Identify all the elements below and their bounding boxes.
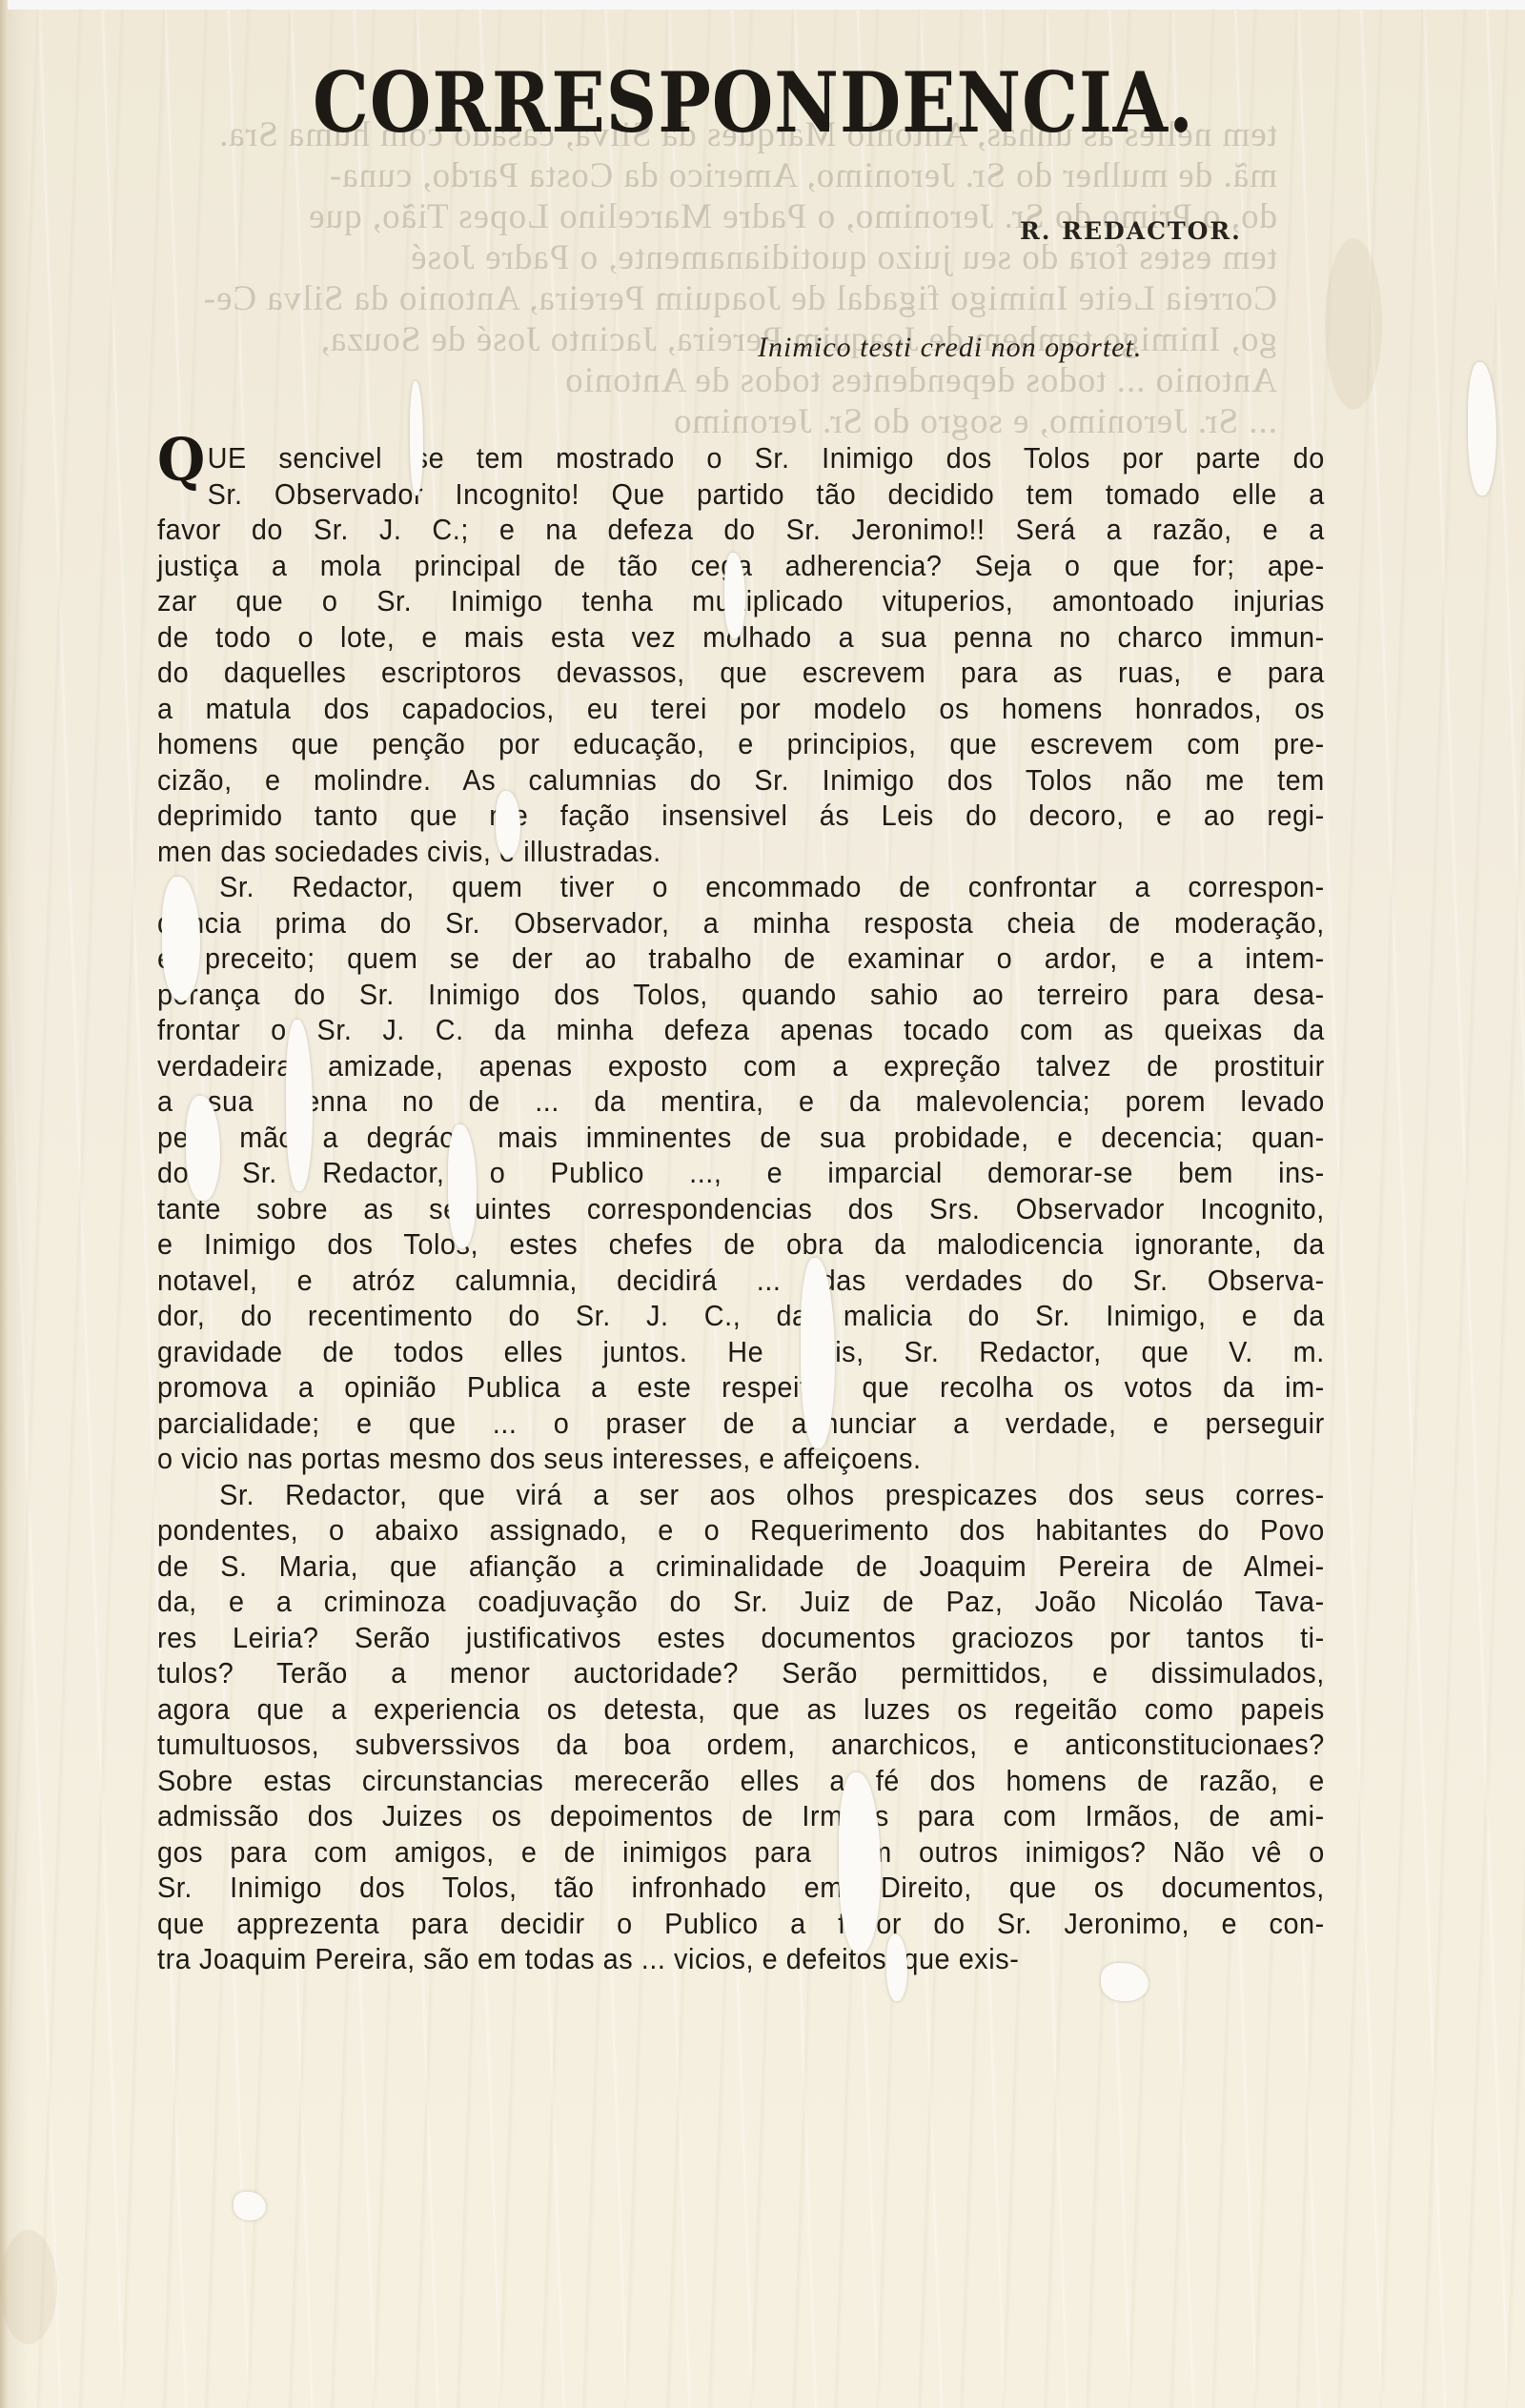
- text-line: admissão dos Juizes os depoimentos de Ir…: [157, 1798, 1325, 1834]
- text-line: tulos? Terão a menor auctoridade? Serão …: [157, 1655, 1325, 1691]
- text-line: parcialidade; e que ... o praser de annu…: [157, 1406, 1325, 1442]
- text-line: do, Sr. Redactor, o Publico ..., e impar…: [157, 1155, 1325, 1191]
- bleed-line: Correia Leite Inimigo figadal de Joaquim…: [105, 278, 1277, 319]
- line-text: UE sencivel se tem mostrado o Sr. Inimig…: [208, 441, 1325, 475]
- text-line: deprimido tanto que me fação insensivel …: [157, 798, 1325, 834]
- text-line: gos para com amigos, e de inimigos para …: [157, 1834, 1325, 1871]
- text-line: pela mão a degráos mais imminentes de su…: [157, 1120, 1325, 1156]
- paper-stain: [0, 2230, 57, 2344]
- text-line: tumultuosos, subverssivos da boa ordem, …: [157, 1727, 1325, 1763]
- text-line: Sr. Inimigo dos Tolos, tão infronhado em…: [157, 1870, 1325, 1906]
- text-line: do daquelles escriptoros devassos, que e…: [157, 655, 1325, 691]
- text-line: QUE sencivel se tem mostrado o Sr. Inimi…: [157, 440, 1325, 476]
- text-line: perança do Sr. Inimigo dos Tolos, quando…: [157, 977, 1325, 1013]
- text-line: cizão, e molindre. As calumnias do Sr. I…: [157, 762, 1325, 799]
- paragraph-1: QUE sencivel se tem mostrado o Sr. Inimi…: [157, 440, 1325, 869]
- text-line: a matula dos capadocios, eu terei por mo…: [157, 691, 1325, 727]
- text-line: o vicio nas portas mesmo dos seus intere…: [157, 1441, 1325, 1477]
- text-line: agora que a experiencia os detesta, que …: [157, 1691, 1325, 1728]
- paragraph-3: Sr. Redactor, que virá a ser aos olhos p…: [157, 1477, 1325, 1977]
- text-line: frontar o Sr. J. C. da minha defeza apen…: [157, 1012, 1325, 1048]
- text-line: gravidade de todos elles juntos. He pois…: [157, 1334, 1325, 1370]
- text-line: notavel, e atróz calumnia, decidirá ... …: [157, 1263, 1325, 1299]
- text-line: res Leiria? Serão justificativos estes d…: [157, 1620, 1325, 1656]
- scanned-page: tem nelles as unhas, Antonio Marques da …: [0, 0, 1525, 2408]
- bleed-through-text: tem nelles as unhas, Antonio Marques da …: [105, 114, 1277, 442]
- text-line: promova a opinião Publica a este respeit…: [157, 1369, 1325, 1406]
- text-line: dor, do recentimento do Sr. J. C., da ma…: [157, 1298, 1325, 1334]
- text-line: homens que penção por educação, e princi…: [157, 726, 1325, 762]
- text-line: tra Joaquim Pereira, são em todas as ...…: [157, 1941, 1325, 1977]
- salutation: R. REDACTOR.: [1020, 217, 1242, 245]
- bleed-line: Antonio ... todos dependentes todos de A…: [105, 360, 1277, 401]
- text-line: tante sobre as seguintes correspondencia…: [157, 1191, 1325, 1227]
- epigraph: Inimico testi credi non oportet.: [758, 332, 1142, 364]
- text-line: Sobre estas circunstancias merecerão ell…: [157, 1763, 1325, 1799]
- text-line: e Inimigo dos Tolos, estes chefes de obr…: [157, 1226, 1325, 1263]
- text-line: e preceito; quem se der ao trabalho de e…: [157, 941, 1325, 977]
- text-line: verdadeira amizade, apenas exposto com a…: [157, 1048, 1325, 1084]
- text-line: que apprezenta para decidir o Publico a …: [157, 1906, 1325, 1942]
- article-body: QUE sencivel se tem mostrado o Sr. Inimi…: [157, 440, 1325, 1977]
- page-left-edge: [0, 0, 8, 2408]
- text-line: favor do Sr. J. C.; e na defeza do Sr. J…: [157, 512, 1325, 548]
- text-line: a sua penna no de ... da mentira, e da m…: [157, 1083, 1325, 1120]
- bleed-line: ... Sr. Jeronimo, e sogro do Sr. Jeronim…: [105, 401, 1277, 442]
- text-line: pondentes, o abaixo assignado, e o Reque…: [157, 1512, 1325, 1548]
- scan-top-border: [0, 0, 1525, 10]
- text-line: de S. Maria, que afianção a criminalidad…: [157, 1548, 1325, 1585]
- document-title: CORRESPONDENCIA.: [313, 55, 1194, 152]
- text-line: da, e a criminoza coadjuvação do Sr. Jui…: [157, 1584, 1325, 1620]
- text-line: dencia prima do Sr. Observador, a minha …: [157, 905, 1325, 941]
- text-line: Sr. Redactor, que virá a ser aos olhos p…: [157, 1477, 1325, 1513]
- text-line: Sr. Observador Incognito! Que partido tã…: [157, 476, 1325, 513]
- paper-damage: [234, 2192, 266, 2220]
- paper-damage: [1468, 362, 1496, 496]
- text-line: men das sociedades civis, e illustradas.: [157, 834, 1325, 870]
- paper-stain: [1325, 238, 1382, 410]
- paragraph-2: Sr. Redactor, quem tiver o encommado de …: [157, 869, 1325, 1477]
- bleed-line: mã. de mulher do Sr. Jeronimo, Americo d…: [105, 155, 1277, 196]
- text-line: Sr. Redactor, quem tiver o encommado de …: [157, 869, 1325, 905]
- paper-damage: [1101, 1963, 1149, 2001]
